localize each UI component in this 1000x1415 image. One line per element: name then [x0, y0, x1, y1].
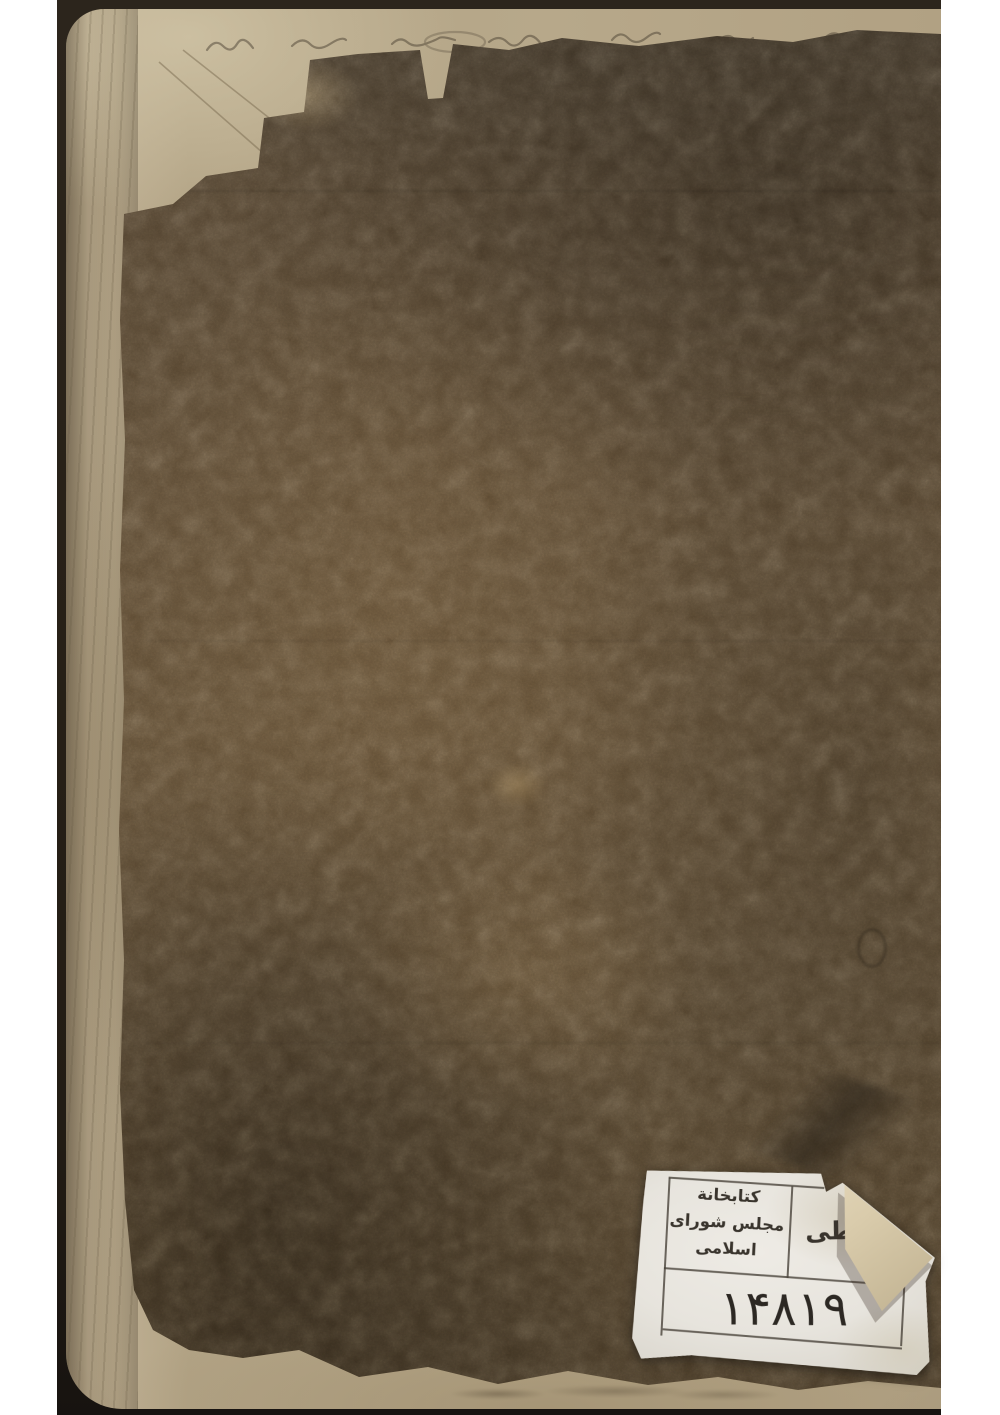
library-name-line3: اسلامی	[668, 1233, 783, 1266]
scuff-mark	[487, 762, 547, 808]
label-table-line	[787, 1186, 794, 1278]
ring-mark	[857, 928, 887, 968]
library-name: كتابخانة مجلس شورای اسلامی	[668, 1180, 786, 1266]
crease-line	[147, 1042, 941, 1044]
crease-line	[147, 640, 941, 642]
manuscript-cover-scan: كتابخانة مجلس شورای اسلامی طی ۱۴۸۱۹	[0, 0, 1000, 1415]
bottom-edge-marks	[357, 1384, 827, 1402]
crease-line	[147, 190, 941, 192]
library-label: كتابخانة مجلس شورای اسلامی طی ۱۴۸۱۹	[631, 1162, 941, 1375]
library-label-paper: كتابخانة مجلس شورای اسلامی طی ۱۴۸۱۹	[631, 1162, 941, 1375]
photo-area: كتابخانة مجلس شورای اسلامی طی ۱۴۸۱۹	[57, 0, 941, 1415]
